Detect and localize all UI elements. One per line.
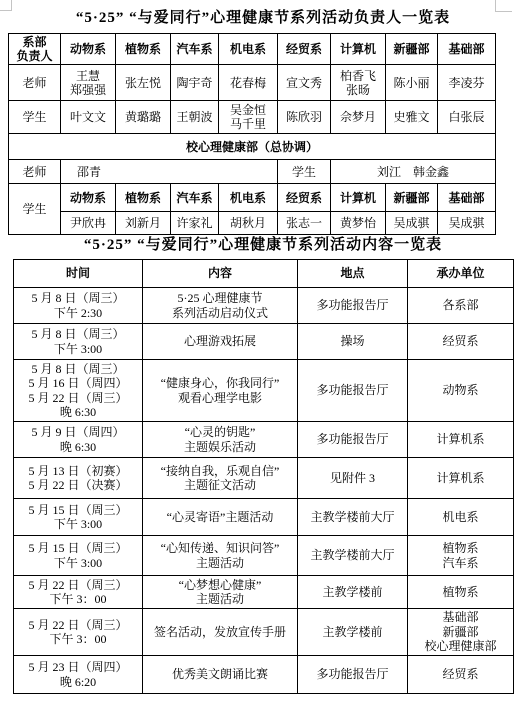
cell-line: 内容 <box>208 266 232 280</box>
cell-line: 基础部 <box>448 42 484 56</box>
cell-line: 主题活动 <box>196 556 244 570</box>
leaders_table-grid: 系部负责人动物系植物系汽车系机电系经贸系计算机新疆部基础部老师王慧郑强强张左悦陶… <box>8 33 496 235</box>
leaders_table-cell-r6c0: 尹欣冉 <box>61 212 116 235</box>
schedule_table-cell-r5c3: 计算机系 <box>408 458 514 499</box>
leaders_table-cell-r1c4: 花春梅 <box>219 65 278 101</box>
cell-line: 胡秋月 <box>230 216 266 230</box>
cell-line: 下午 3：00 <box>49 632 106 646</box>
leaders_table-cell-r6c3: 胡秋月 <box>219 212 278 235</box>
leaders_table-cell-r1c1: 王慧郑强强 <box>61 65 116 101</box>
cell-line: 学生 <box>22 110 46 124</box>
leaders_table-cell-r2c7: 史雅文 <box>386 101 438 134</box>
schedule_table-row-2: 5 月 8 日（周三）下午 3:00心理游戏拓展操场经贸系 <box>14 324 514 360</box>
leaders_table-cell-r2c0: 学生 <box>9 101 61 134</box>
cell-line: 5 月 8 日（周三） <box>31 291 124 305</box>
schedule_table-cell-r10c1: 优秀美文朗诵比赛 <box>143 656 298 694</box>
cell-line: 下午 3:00 <box>54 342 102 356</box>
schedule_table-cell-r7c0: 5 月 15 日（周三）下午 3:00 <box>14 536 143 576</box>
leaders_table-row-1: 老师王慧郑强强张左悦陶宇奇花春梅宣文秀柏香飞张旸陈小丽李凌芬 <box>9 65 496 101</box>
cell-line: “心灵的钥匙” <box>185 425 256 439</box>
leaders_table-cell-r2c3: 王朝波 <box>171 101 219 134</box>
cell-line: 下午 3：00 <box>49 592 106 606</box>
schedule_table-cell-r10c2: 多功能报告厅 <box>298 656 408 694</box>
leaders_table-cell-r5c0: 学生 <box>9 184 61 235</box>
schedule_table-cell-r8c2: 主教学楼前 <box>298 576 408 609</box>
leaders_table-cell-r1c7: 陈小丽 <box>386 65 438 101</box>
cell-line: 5·25 心理健康节 <box>178 291 263 305</box>
leaders_table-cell-r2c4: 吴金恒马千里 <box>219 101 278 134</box>
leaders_table-row-4: 老师邵青学生刘江 韩金鑫 <box>9 160 496 184</box>
cell-line: 经贸系 <box>442 667 478 681</box>
cell-line: 系部 <box>22 35 46 49</box>
leaders_table-cell-r1c8: 李凌芬 <box>438 65 496 101</box>
cell-line: 多功能报告厅 <box>316 298 388 312</box>
cell-line: “心知传递、知识问答” <box>161 541 280 555</box>
schedule-table-title: “5·25” “与爱同行”心理健康节系列活动内容一览表 <box>0 233 526 254</box>
cell-line: 5 月 15 日（周三） <box>28 541 127 555</box>
schedule_table-cell-r3c1: “健康身心，你我同行”观看心理学电影 <box>143 360 298 422</box>
cell-line: 基础部 <box>448 191 484 205</box>
schedule_table-cell-r6c1: “心灵寄语”主题活动 <box>143 499 298 536</box>
cell-line: 陈小丽 <box>393 76 429 90</box>
cell-line: 老师 <box>22 165 46 179</box>
cell-line: 新疆部 <box>393 191 429 205</box>
leaders_table-cell-r1c2: 张左悦 <box>116 65 171 101</box>
leaders_table-cell-r2c1: 叶文文 <box>61 101 116 134</box>
cell-line: 主题娱乐活动 <box>184 440 256 454</box>
cell-line: 新疆部 <box>393 42 429 56</box>
cell-line: 王朝波 <box>176 110 212 124</box>
leaders_table-row-2: 学生叶文文黄璐璐王朝波吴金恒马千里陈欣羽佘梦月史雅文白张辰 <box>9 101 496 134</box>
cell-line: 新疆部 <box>442 625 478 639</box>
leaders_table-cell-r6c1: 刘新月 <box>116 212 171 235</box>
cell-line: 经贸系 <box>286 42 322 56</box>
schedule_table-cell-r1c0: 5 月 8 日（周三）下午 2:30 <box>14 288 143 324</box>
cell-line: 机电系 <box>230 42 266 56</box>
cell-line: 5 月 16 日（周四） <box>28 376 127 390</box>
cell-line: 主教学楼前大厅 <box>310 548 394 562</box>
leaders_table-header-cell-r0c6: 计算机 <box>331 34 386 65</box>
schedule_table-row-5: 5 月 13 日（初赛）5 月 22 日（决赛）“接纳自我，乐观自信”主题征文活… <box>14 458 514 499</box>
cell-line: 陈欣羽 <box>286 110 322 124</box>
schedule_table-row-6: 5 月 15 日（周三）下午 3:00“心灵寄语”主题活动主教学楼前大厅机电系 <box>14 499 514 536</box>
cell-line: 黄梦怡 <box>340 216 376 230</box>
cell-line: 学生 <box>292 165 316 179</box>
cell-line: 负责人 <box>16 49 52 63</box>
cell-line: 见附件 3 <box>330 471 375 485</box>
cell-line: 晚 6:20 <box>60 675 96 689</box>
cell-line: 动物系 <box>442 383 478 397</box>
schedule_table-cell-r5c2: 见附件 3 <box>298 458 408 499</box>
cell-line: 吴成骐 <box>448 216 484 230</box>
cell-line: 吴成骐 <box>393 216 429 230</box>
cell-line: “心梦想心健康” <box>179 578 262 592</box>
cell-line: 动物系 <box>70 191 106 205</box>
cell-line: 汽车系 <box>176 191 212 205</box>
cell-line: 主教学楼前 <box>322 585 382 599</box>
cell-line: 5 月 23 日（周四） <box>28 660 127 674</box>
cell-line: 计算机系 <box>436 432 484 446</box>
schedule_table-header-cell-r0c0: 时间 <box>14 260 143 288</box>
schedule_table-cell-r4c2: 多功能报告厅 <box>298 422 408 458</box>
leaders-table-title: “5·25” “与爱同行”心理健康节系列活动负责人一览表 <box>0 6 526 27</box>
schedule_table-cell-r7c2: 主教学楼前大厅 <box>298 536 408 576</box>
cell-line: 张志一 <box>286 216 322 230</box>
schedule_table-cell-r6c0: 5 月 15 日（周三）下午 3:00 <box>14 499 143 536</box>
schedule_table-row-0: 时间内容地点承办单位 <box>14 260 514 288</box>
schedule_table-header-cell-r0c1: 内容 <box>143 260 298 288</box>
cell-line: 白张辰 <box>448 110 484 124</box>
schedule_table-cell-r10c0: 5 月 23 日（周四）晚 6:20 <box>14 656 143 694</box>
schedule_table-cell-r6c3: 机电系 <box>408 499 514 536</box>
leaders_table-header-cell-r5c2: 植物系 <box>116 184 171 212</box>
leaders_table-cell-r4c2: 学生 <box>278 160 331 184</box>
schedule_table-cell-r3c3: 动物系 <box>408 360 514 422</box>
cell-line: 5 月 22 日（周三） <box>28 391 127 405</box>
cell-line: 动物系 <box>70 42 106 56</box>
schedule_table-row-10: 5 月 23 日（周四）晚 6:20优秀美文朗诵比赛多功能报告厅经贸系 <box>14 656 514 694</box>
leaders_table-cell-r2c6: 佘梦月 <box>331 101 386 134</box>
leaders_table-header-cell-r0c3: 汽车系 <box>171 34 219 65</box>
cell-line: 基础部 <box>442 610 478 624</box>
leaders_table-header-cell-r0c1: 动物系 <box>61 34 116 65</box>
leaders_table-row-3: 校心理健康部（总协调） <box>9 134 496 160</box>
schedule_table-cell-r4c3: 计算机系 <box>408 422 514 458</box>
schedule_table-cell-r4c1: “心灵的钥匙”主题娱乐活动 <box>143 422 298 458</box>
schedule_table-grid: 时间内容地点承办单位5 月 8 日（周三）下午 2:305·25 心理健康节系列… <box>13 259 514 694</box>
cell-line: 操场 <box>340 334 364 348</box>
schedule_table-row-7: 5 月 15 日（周三）下午 3:00“心知传递、知识问答”主题活动主教学楼前大… <box>14 536 514 576</box>
leaders_table-header-cell-r5c5: 经贸系 <box>278 184 331 212</box>
schedule_table-cell-r1c2: 多功能报告厅 <box>298 288 408 324</box>
cell-line: 学生 <box>22 202 46 216</box>
cell-line: 承办单位 <box>436 266 484 280</box>
leaders_table-cell-r6c2: 许家礼 <box>171 212 219 235</box>
cell-line: 马千里 <box>230 117 266 131</box>
cell-line: 多功能报告厅 <box>316 432 388 446</box>
cell-line: 多功能报告厅 <box>316 383 388 397</box>
cell-line: “心灵寄语”主题活动 <box>167 510 274 524</box>
cell-line: 植物系 <box>125 42 161 56</box>
leaders_table-cell-r6c4: 张志一 <box>278 212 331 235</box>
cell-line: 主题征文活动 <box>184 478 256 492</box>
leaders_table-cell-r6c7: 吴成骐 <box>438 212 496 235</box>
schedule_table-row-4: 5 月 9 日（周四）晚 6:30“心灵的钥匙”主题娱乐活动多功能报告厅计算机系 <box>14 422 514 458</box>
leaders_table-cell-r4c0: 老师 <box>9 160 61 184</box>
leaders_table-cell-r1c3: 陶宇奇 <box>171 65 219 101</box>
cell-line: 张旸 <box>346 83 370 97</box>
cell-line: 主教学楼前 <box>322 625 382 639</box>
leaders_table-header-cell-r3c0: 校心理健康部（总协调） <box>9 134 496 160</box>
schedule_table-cell-r8c3: 植物系 <box>408 576 514 609</box>
schedule_table-cell-r7c3: 植物系汽车系 <box>408 536 514 576</box>
schedule_table-header-cell-r0c2: 地点 <box>298 260 408 288</box>
cell-line: 下午 3:00 <box>54 556 102 570</box>
cell-line: 5 月 8 日（周三） <box>31 327 124 341</box>
cell-line: 主题活动 <box>196 592 244 606</box>
cell-line: 李凌芬 <box>448 76 484 90</box>
schedule_table-cell-r5c0: 5 月 13 日（初赛）5 月 22 日（决赛） <box>14 458 143 499</box>
cell-line: 地点 <box>340 266 364 280</box>
schedule_table-cell-r9c1: 签名活动，发放宣传手册 <box>143 609 298 656</box>
schedule_table-cell-r10c3: 经贸系 <box>408 656 514 694</box>
schedule_table-cell-r9c2: 主教学楼前 <box>298 609 408 656</box>
schedule_table-row-8: 5 月 22 日（周三）下午 3：00“心梦想心健康”主题活动主教学楼前植物系 <box>14 576 514 609</box>
leaders_table-cell-r1c0: 老师 <box>9 65 61 101</box>
cell-line: 邵青 <box>77 165 101 179</box>
cell-line: 签名活动，发放宣传手册 <box>154 625 286 639</box>
leaders_table-header-cell-r5c1: 动物系 <box>61 184 116 212</box>
cell-line: 柏香飞 <box>340 69 376 83</box>
schedule-table: 时间内容地点承办单位5 月 8 日（周三）下午 2:305·25 心理健康节系列… <box>13 259 514 694</box>
leaders_table-header-cell-r5c8: 基础部 <box>438 184 496 212</box>
schedule_table-cell-r2c1: 心理游戏拓展 <box>143 324 298 360</box>
leaders_table-cell-r6c6: 吴成骐 <box>386 212 438 235</box>
leaders_table-cell-r4c3: 刘江 韩金鑫 <box>331 160 496 184</box>
cell-line: 下午 3:00 <box>54 517 102 531</box>
leaders_table-cell-r2c5: 陈欣羽 <box>278 101 331 134</box>
cell-line: 5 月 22 日（决赛） <box>28 478 127 492</box>
leaders_table-header-cell-r0c2: 植物系 <box>116 34 171 65</box>
cell-line: 刘江 韩金鑫 <box>377 165 449 179</box>
schedule_table-row-9: 5 月 22 日（周三）下午 3：00签名活动，发放宣传手册主教学楼前基础部新疆… <box>14 609 514 656</box>
leaders_table-header-cell-r5c3: 汽车系 <box>171 184 219 212</box>
cell-line: 主教学楼前大厅 <box>310 510 394 524</box>
cell-line: 机电系 <box>442 510 478 524</box>
schedule_table-cell-r5c1: “接纳自我，乐观自信”主题征文活动 <box>143 458 298 499</box>
cell-line: 植物系 <box>442 541 478 555</box>
cell-line: 郑强强 <box>70 83 106 97</box>
cell-line: 5 月 15 日（周三） <box>28 503 127 517</box>
schedule_table-cell-r9c3: 基础部新疆部校心理健康部 <box>408 609 514 656</box>
cell-line: 植物系 <box>125 191 161 205</box>
schedule_table-cell-r1c3: 各系部 <box>408 288 514 324</box>
cell-line: 计算机 <box>340 191 376 205</box>
cell-line: 刘新月 <box>125 216 161 230</box>
schedule_table-cell-r8c0: 5 月 22 日（周三）下午 3：00 <box>14 576 143 609</box>
cell-line: 计算机 <box>340 42 376 56</box>
schedule_table-row-1: 5 月 8 日（周三）下午 2:305·25 心理健康节系列活动启动仪式多功能报… <box>14 288 514 324</box>
leaders_table-header-cell-r0c5: 经贸系 <box>278 34 331 65</box>
leaders_table-row-0: 系部负责人动物系植物系汽车系机电系经贸系计算机新疆部基础部 <box>9 34 496 65</box>
cell-line: 经贸系 <box>442 334 478 348</box>
cell-line: 植物系 <box>442 585 478 599</box>
cell-line: 5 月 22 日（周三） <box>28 618 127 632</box>
schedule_table-cell-r2c0: 5 月 8 日（周三）下午 3:00 <box>14 324 143 360</box>
cell-line: 史雅文 <box>393 110 429 124</box>
leaders_table-header-cell-r5c6: 计算机 <box>331 184 386 212</box>
cell-line: 汽车系 <box>176 42 212 56</box>
cell-line: 优秀美文朗诵比赛 <box>172 667 268 681</box>
cell-line: 吴金恒 <box>230 103 266 117</box>
cell-line: “接纳自我，乐观自信” <box>161 464 280 478</box>
cell-line: 校心理健康部 <box>424 639 496 653</box>
schedule_table-cell-r4c0: 5 月 9 日（周四）晚 6:30 <box>14 422 143 458</box>
cell-line: 5 月 9 日（周四） <box>31 425 124 439</box>
cell-line: 经贸系 <box>286 191 322 205</box>
cell-line: 系列活动启动仪式 <box>172 306 268 320</box>
cell-line: 多功能报告厅 <box>316 667 388 681</box>
cell-line: 5 月 13 日（初赛） <box>28 464 127 478</box>
cell-line: 张左悦 <box>125 76 161 90</box>
cell-line: 陶宇奇 <box>176 76 212 90</box>
document-page: { "titles": { "leaders": "“5·25” “与爱同行”心… <box>0 0 526 713</box>
cell-line: 老师 <box>22 76 46 90</box>
cell-line: 观看心理学电影 <box>178 391 262 405</box>
cell-line: 各系部 <box>442 298 478 312</box>
leaders_table-header-cell-r5c4: 机电系 <box>219 184 278 212</box>
leaders_table-cell-r2c2: 黄璐璐 <box>116 101 171 134</box>
cell-line: 时间 <box>66 266 90 280</box>
schedule_table-cell-r8c1: “心梦想心健康”主题活动 <box>143 576 298 609</box>
leaders_table-cell-r6c5: 黄梦怡 <box>331 212 386 235</box>
cell-line: 5 月 22 日（周三） <box>28 578 127 592</box>
cell-line: 黄璐璐 <box>125 110 161 124</box>
leaders_table-cell-r4c1: 邵青 <box>61 160 278 184</box>
leaders_table-header-cell-r5c7: 新疆部 <box>386 184 438 212</box>
cell-line: 汽车系 <box>442 556 478 570</box>
leaders_table-header-cell-r0c0: 系部负责人 <box>9 34 61 65</box>
leaders_table-header-cell-r0c8: 基础部 <box>438 34 496 65</box>
cell-line: 尹欣冉 <box>70 216 106 230</box>
cell-line: 王慧 <box>76 69 100 83</box>
cell-line: 花春梅 <box>230 76 266 90</box>
schedule_table-cell-r2c3: 经贸系 <box>408 324 514 360</box>
schedule_table-cell-r3c0: 5 月 8 日（周三）5 月 16 日（周四）5 月 22 日（周三）晚 6:3… <box>14 360 143 422</box>
schedule_table-row-3: 5 月 8 日（周三）5 月 16 日（周四）5 月 22 日（周三）晚 6:3… <box>14 360 514 422</box>
schedule_table-cell-r6c2: 主教学楼前大厅 <box>298 499 408 536</box>
leaders_table-cell-r1c6: 柏香飞张旸 <box>331 65 386 101</box>
leaders-table: 系部负责人动物系植物系汽车系机电系经贸系计算机新疆部基础部老师王慧郑强强张左悦陶… <box>8 33 496 235</box>
schedule_table-cell-r7c1: “心知传递、知识问答”主题活动 <box>143 536 298 576</box>
leaders_table-row-5: 学生动物系植物系汽车系机电系经贸系计算机新疆部基础部 <box>9 184 496 212</box>
cell-line: 宣文秀 <box>286 76 322 90</box>
cell-line: 下午 2:30 <box>54 306 102 320</box>
leaders_table-header-cell-r0c7: 新疆部 <box>386 34 438 65</box>
cell-line: “健康身心，你我同行” <box>161 376 280 390</box>
leaders_table-row-6: 尹欣冉刘新月许家礼胡秋月张志一黄梦怡吴成骐吴成骐 <box>9 212 496 235</box>
cell-line: 计算机系 <box>436 471 484 485</box>
schedule_table-header-cell-r0c3: 承办单位 <box>408 260 514 288</box>
leaders_table-cell-r1c5: 宣文秀 <box>278 65 331 101</box>
cell-line: 机电系 <box>230 191 266 205</box>
cell-line: 叶文文 <box>70 110 106 124</box>
cell-line: 校心理健康部（总协调） <box>186 140 318 154</box>
leaders_table-cell-r2c8: 白张辰 <box>438 101 496 134</box>
cell-line: 晚 6:30 <box>60 440 96 454</box>
leaders_table-header-cell-r0c4: 机电系 <box>219 34 278 65</box>
cell-line: 佘梦月 <box>340 110 376 124</box>
schedule_table-cell-r1c1: 5·25 心理健康节系列活动启动仪式 <box>143 288 298 324</box>
schedule_table-cell-r2c2: 操场 <box>298 324 408 360</box>
schedule_table-cell-r3c2: 多功能报告厅 <box>298 360 408 422</box>
cell-line: 心理游戏拓展 <box>184 334 256 348</box>
cell-line: 5 月 8 日（周三） <box>31 362 124 376</box>
cell-line: 许家礼 <box>176 216 212 230</box>
schedule_table-cell-r9c0: 5 月 22 日（周三）下午 3：00 <box>14 609 143 656</box>
cell-line: 晚 6:30 <box>60 405 96 419</box>
